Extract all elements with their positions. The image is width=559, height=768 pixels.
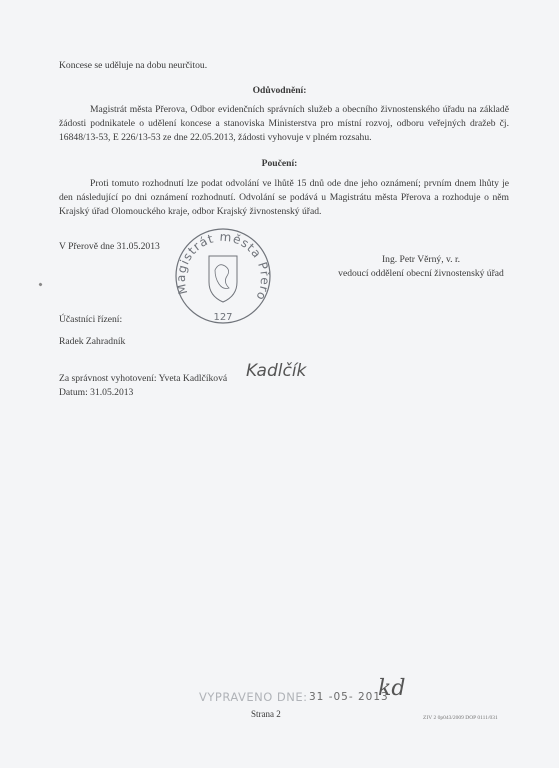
reasoning-heading: Odůvodnění: <box>0 84 559 98</box>
reasoning-paragraph: Magistrát města Přerova, Odbor evidenční… <box>59 103 509 145</box>
certification-label: Za správnost vyhotovení: Yveta Kadlčíkov… <box>59 372 227 386</box>
signatory-block: Ing. Petr Věrný, v. r. vedoucí oddělení … <box>316 253 526 281</box>
scan-speck <box>38 282 42 286</box>
svg-text:127: 127 <box>213 312 232 323</box>
place-and-date: V Přerově dne 31.05.2013 <box>59 240 160 254</box>
stamp-seal-icon: Magistrát města Přerova 127 <box>171 226 275 326</box>
participant-name: Radek Zahradník <box>59 335 125 349</box>
handwritten-signature: Kadlčík <box>246 364 306 378</box>
dispatch-stamp-date: 31 -05- 2013 <box>309 690 389 704</box>
page-number: Strana 2 <box>251 707 281 721</box>
concession-duration-text: Koncese se uděluje na dobu neurčitou. <box>59 59 509 73</box>
official-stamp: Magistrát města Přerova 127 <box>171 226 275 326</box>
participants-label: Účastníci řízení: <box>59 313 122 327</box>
instruction-paragraph: Proti tomuto rozhodnutí lze podat odvolá… <box>59 177 509 219</box>
signatory-title: vedoucí oddělení obecní živnostenský úřa… <box>316 267 526 281</box>
signatory-name: Ing. Petr Věrný, v. r. <box>316 253 526 267</box>
dispatch-initials: kd <box>378 682 405 696</box>
document-code: ZIV 2 0p043/2009 DOP 0111/031 <box>423 711 498 725</box>
instruction-heading: Poučení: <box>0 157 559 171</box>
dispatch-stamp-label: VYPRAVENO DNE: <box>199 690 308 704</box>
certification-date: Datum: 31.05.2013 <box>59 386 133 400</box>
